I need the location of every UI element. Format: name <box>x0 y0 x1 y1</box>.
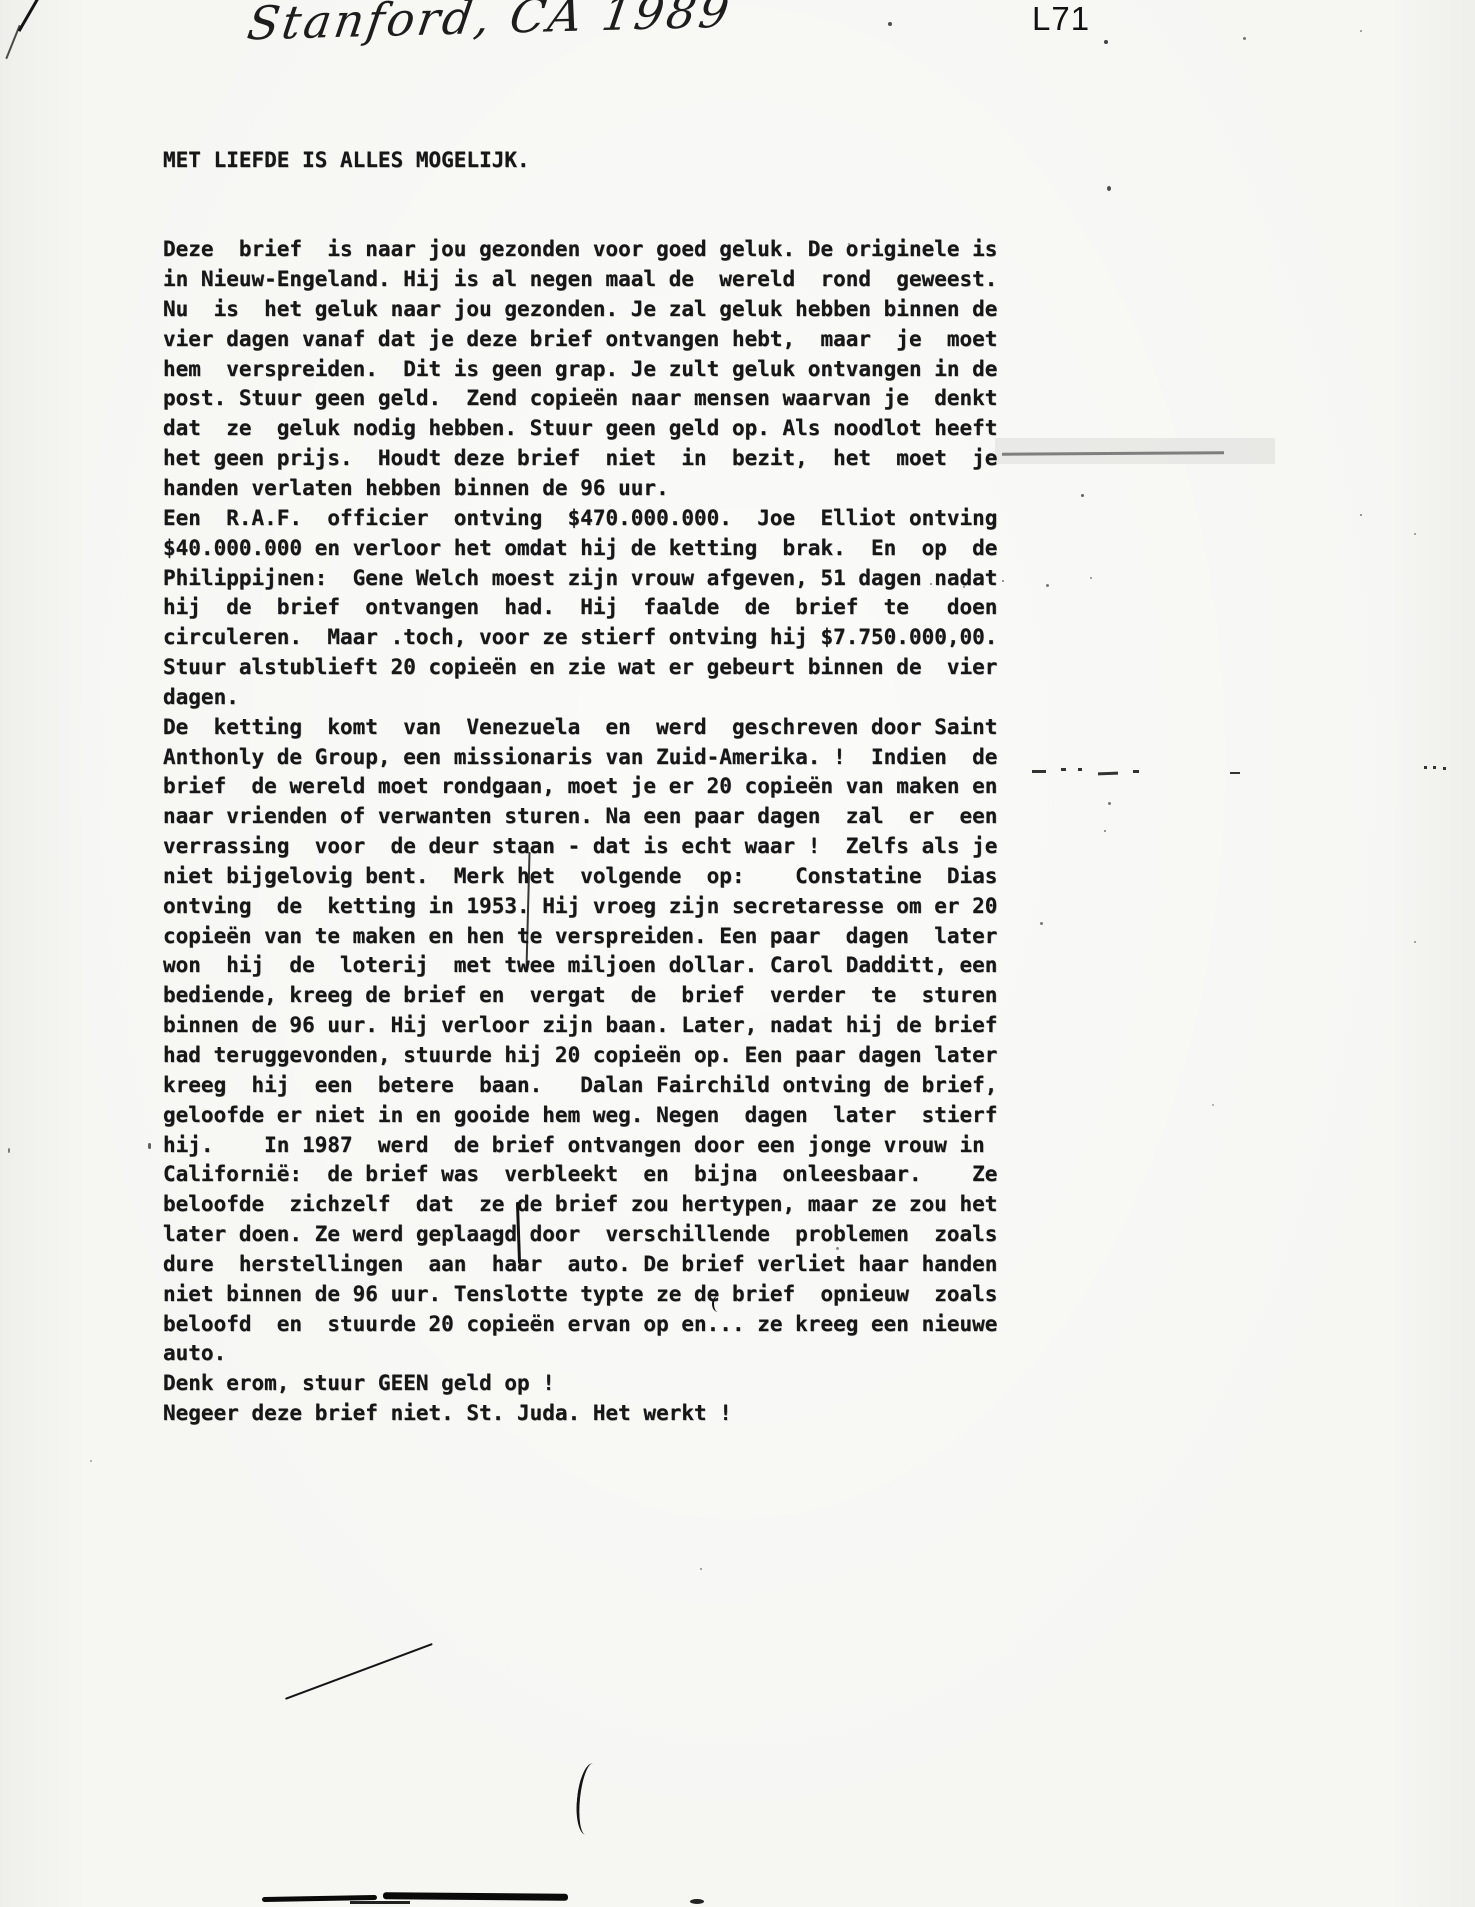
toner-speck-artifact <box>1360 30 1362 32</box>
bottom-smear-artifact <box>383 1892 568 1901</box>
letter-line: hij. In 1987 werd de brief ontvangen doo… <box>163 1131 997 1161</box>
toner-speck-artifact <box>1090 577 1092 579</box>
curved-mark-artifact <box>573 1762 605 1836</box>
letter-line: geloofde er niet in en gooide hem weg. N… <box>163 1101 997 1131</box>
toner-speck-artifact <box>1107 186 1111 191</box>
toner-speck-artifact <box>1108 802 1111 805</box>
scanned-letter-page: Stanford, CA 1989 L71 MET LIEFDE IS ALLE… <box>0 0 1475 1907</box>
corner-scratch-artifact <box>18 0 42 32</box>
toner-speck-artifact <box>1360 514 1362 516</box>
bottom-smear-artifact <box>690 1899 704 1904</box>
toner-speck-artifact <box>1243 37 1246 40</box>
letter-line: had teruggevonden, stuurde hij 20 copieë… <box>163 1041 997 1071</box>
letter-line: Nu is het geluk naar jou gezonden. Je za… <box>163 295 997 325</box>
toner-speck-artifact <box>1081 494 1084 497</box>
letter-line: Negeer deze brief niet. St. Juda. Het we… <box>163 1399 997 1429</box>
toner-speck-artifact <box>1104 40 1108 44</box>
letter-line: hem verspreiden. Dit is geen grap. Je zu… <box>163 355 997 385</box>
toner-speck-artifact <box>90 1460 92 1462</box>
toner-dash-artifact <box>1098 772 1118 775</box>
letter-line: post. Stuur geen geld. Zend copieën naar… <box>163 384 997 414</box>
photocopy-band-artifact <box>995 438 1275 464</box>
toner-speck-artifact <box>1046 584 1049 587</box>
letter-line: De ketting komt van Venezuela en werd ge… <box>163 713 997 743</box>
handwritten-date: Stanford, CA 1989 <box>244 0 736 50</box>
bottom-smear-artifact <box>262 1895 377 1902</box>
letter-line: copieën van te maken en hen te verspreid… <box>163 922 997 952</box>
letter-body: Deze brief is naar jou gezonden voor goe… <box>163 235 997 1429</box>
toner-dash-artifact <box>1061 768 1066 771</box>
letter-line: in Nieuw-Engeland. Hij is al negen maal … <box>163 265 997 295</box>
letter-line: Anthonly de Group, een missionaris van Z… <box>163 743 997 773</box>
toner-speck-artifact <box>1414 941 1416 943</box>
letter-line: naar vrienden of verwanten sturen. Na ee… <box>163 802 997 832</box>
letter-line: dure herstellingen aan haar auto. De bri… <box>163 1250 997 1280</box>
page-label: L71 <box>1032 0 1090 38</box>
letter-line: Californië: de brief was verbleekt en bi… <box>163 1160 997 1190</box>
letter-line: niet bijgelovig bent. Merk het volgende … <box>163 862 997 892</box>
toner-dash-artifact <box>1032 770 1046 773</box>
letter-line: dat ze geluk nodig hebben. Stuur geen ge… <box>163 414 997 444</box>
corner-scratch-artifact <box>5 25 20 59</box>
letter-line: beloofd en stuurde 20 copieën ervan op e… <box>163 1310 997 1340</box>
letter-line: vier dagen vanaf dat je deze brief ontva… <box>163 325 997 355</box>
letter-line: bediende, kreeg de brief en vergat de br… <box>163 981 997 1011</box>
letter-line: het geen prijs. Houdt deze brief niet in… <box>163 444 997 474</box>
toner-speck-artifact <box>1414 533 1416 535</box>
toner-dash-artifact <box>1230 772 1240 774</box>
toner-speck-artifact <box>700 1568 702 1570</box>
toner-speck-artifact <box>1040 922 1043 925</box>
toner-dash-artifact <box>1433 766 1436 769</box>
letter-line: Een R.A.F. officier ontving $470.000.000… <box>163 504 997 534</box>
letter-line: later doen. Ze werd geplaagd door versch… <box>163 1220 997 1250</box>
diagonal-scratch-artifact <box>285 1643 433 1700</box>
letter-line: kreeg hij een betere baan. Dalan Fairchi… <box>163 1071 997 1101</box>
toner-speck-artifact <box>148 1143 151 1149</box>
toner-dash-artifact <box>1424 766 1427 769</box>
letter-title: MET LIEFDE IS ALLES MOGELIJK. <box>163 146 997 176</box>
letter-line: brief de wereld moet rondgaan, moet je e… <box>163 772 997 802</box>
toner-speck-artifact <box>888 22 892 26</box>
letter-line: niet binnen de 96 uur. Tenslotte typte z… <box>163 1280 997 1310</box>
toner-speck-artifact <box>8 1148 10 1153</box>
letter-line: Stuur alstublieft 20 copieën en zie wat … <box>163 653 997 683</box>
toner-dash-artifact <box>1078 768 1082 771</box>
letter-line: dagen. <box>163 683 997 713</box>
letter-line: Philippijnen: Gene Welch moest zijn vrou… <box>163 564 997 594</box>
toner-dash-artifact <box>1133 770 1139 773</box>
bottom-smear-artifact <box>350 1901 410 1904</box>
toner-speck-artifact <box>1104 830 1106 832</box>
letter-line: won hij de loterij met twee miljoen doll… <box>163 951 997 981</box>
letter-line: verrassing voor de deur staan - dat is e… <box>163 832 997 862</box>
photocopy-line-artifact <box>1002 451 1224 456</box>
letter-text: MET LIEFDE IS ALLES MOGELIJK. Deze brief… <box>163 86 997 1489</box>
letter-line: hij de brief ontvangen had. Hij faalde d… <box>163 593 997 623</box>
toner-speck-artifact <box>1212 1104 1214 1106</box>
letter-line: beloofde zichzelf dat ze de brief zou he… <box>163 1190 997 1220</box>
letter-line: Denk erom, stuur GEEN geld op ! <box>163 1369 997 1399</box>
letter-line: $40.000.000 en verloor het omdat hij de … <box>163 534 997 564</box>
letter-line: ontving de ketting in 1953. Hij vroeg zi… <box>163 892 997 922</box>
toner-speck-artifact <box>1002 580 1004 582</box>
letter-line: circuleren. Maar .toch, voor ze stierf o… <box>163 623 997 653</box>
toner-dash-artifact <box>1443 767 1446 770</box>
letter-line: handen verlaten hebben binnen de 96 uur. <box>163 474 997 504</box>
letter-line: auto. <box>163 1339 997 1369</box>
letter-line: binnen de 96 uur. Hij verloor zijn baan.… <box>163 1011 997 1041</box>
letter-line: Deze brief is naar jou gezonden voor goe… <box>163 235 997 265</box>
